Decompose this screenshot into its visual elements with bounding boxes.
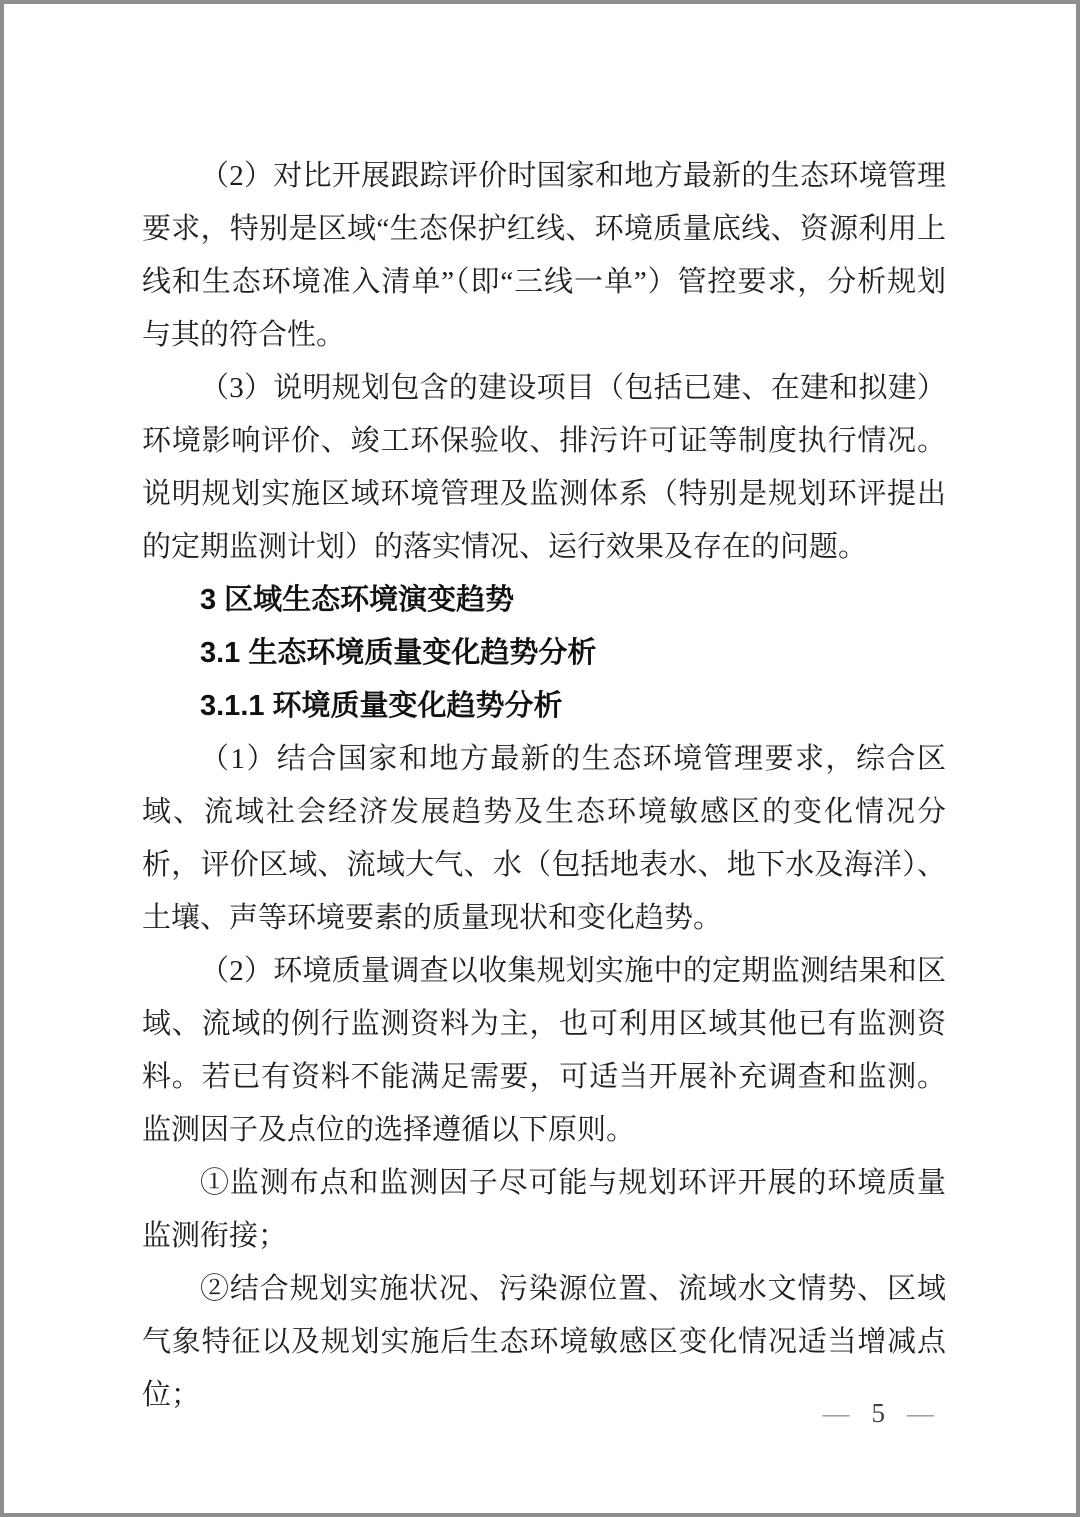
page-content: （2）对比开展跟踪评价时国家和地方最新的生态环境管理要求，特别是区域“生态保护红… bbox=[142, 150, 946, 1422]
page-number-value: 5 bbox=[872, 1398, 886, 1429]
document-page: （2）对比开展跟踪评价时国家和地方最新的生态环境管理要求，特别是区域“生态保护红… bbox=[0, 0, 1080, 1517]
page-number: — 5 — bbox=[823, 1398, 935, 1429]
paragraph-principle-1: ①监测布点和监测因子尽可能与规划环评开展的环境质量监测衔接； bbox=[142, 1157, 946, 1263]
page-number-left-dash: — bbox=[823, 1398, 850, 1429]
paragraph-quality-survey: （2）环境质量调查以收集规划实施中的定期监测结果和区域、流域的例行监测资料为主，… bbox=[142, 945, 946, 1157]
paragraph-tracking-requirements: （2）对比开展跟踪评价时国家和地方最新的生态环境管理要求，特别是区域“生态保护红… bbox=[142, 150, 946, 362]
section-heading-3-1-1: 3.1.1 环境质量变化趋势分析 bbox=[142, 680, 946, 733]
paragraph-quality-trend: （1）结合国家和地方最新的生态环境管理要求，综合区域、流域社会经济发展趋势及生态… bbox=[142, 733, 946, 945]
paragraph-construction-projects: （3）说明规划包含的建设项目（包括已建、在建和拟建）环境影响评价、竣工环保验收、… bbox=[142, 362, 946, 574]
section-heading-3-1: 3.1 生态环境质量变化趋势分析 bbox=[142, 627, 946, 680]
page-number-right-dash: — bbox=[907, 1398, 934, 1429]
section-heading-3: 3 区域生态环境演变趋势 bbox=[142, 574, 946, 627]
